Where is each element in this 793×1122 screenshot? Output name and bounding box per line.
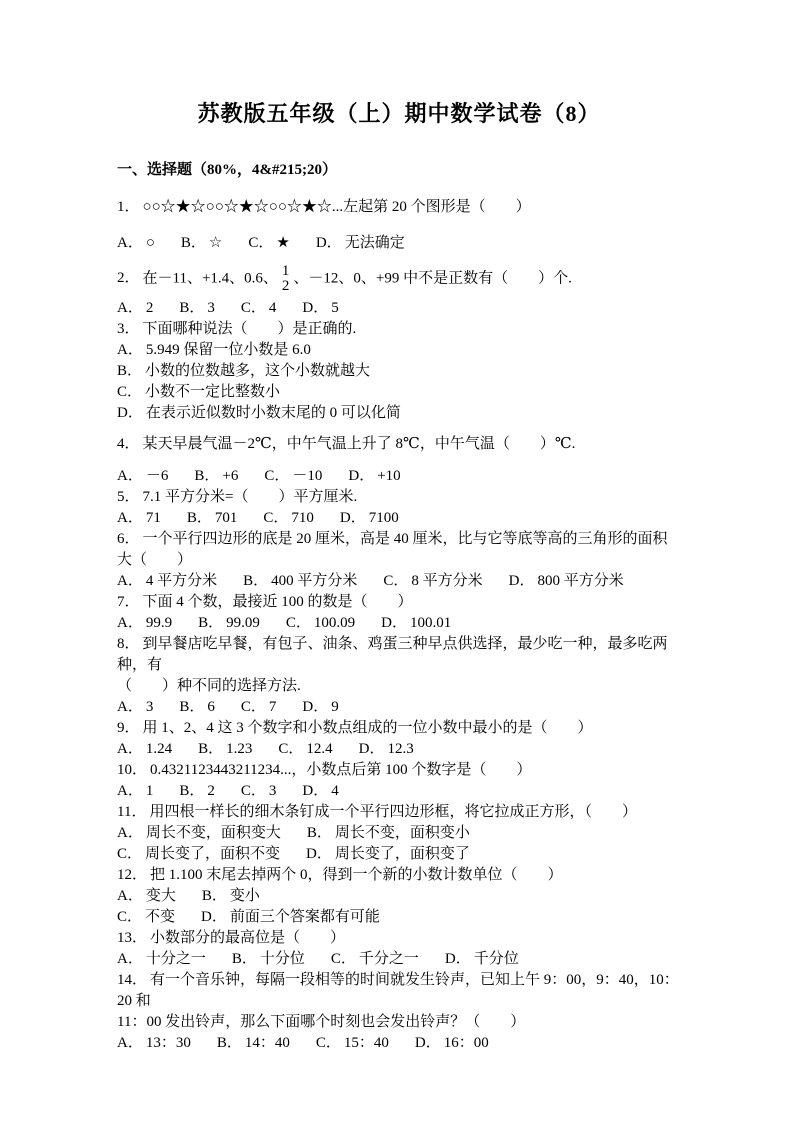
question-11-stem-line-1: 11．用四根一样长的细木条钉成一个平行四边形框，将它拉成正方形，（ ） xyxy=(117,802,681,823)
question-3-options-row-1: A．5.949 保留一位小数是 6.0 xyxy=(117,340,681,361)
question-9-stem-line-1: 9．用 1、2、4 这 3 个数字和小数点组成的一位小数中最小的是（ ） xyxy=(117,718,681,739)
question-9: 9．用 1、2、4 这 3 个数字和小数点组成的一位小数中最小的是（ ）A．1.… xyxy=(117,718,681,760)
section-header: 一、选择题（80%，4&#215;20） xyxy=(117,160,681,181)
option-label: B． xyxy=(179,783,204,799)
question-5-option-B: B．701 xyxy=(187,508,238,529)
question-11-option-A: A．周长不变，面积变大 xyxy=(117,823,281,844)
option-label: D． xyxy=(509,573,535,589)
question-13-options-row-1: A．十分之一B．十分位C．千分之一D．千分位 xyxy=(117,949,681,970)
question-number: 11． xyxy=(117,804,146,820)
question-11-option-D: D．周长变了，面积变了 xyxy=(306,844,470,865)
question-8-stem-line-1: 8．到早餐店吃早餐，有包子、油条、鸡蛋三种早点供选择，最少吃一种，最多吃两种，有 xyxy=(117,634,681,676)
question-6-option-D: D．800 平方分米 xyxy=(509,571,624,592)
question-number: 6． xyxy=(117,531,140,547)
option-label: D． xyxy=(415,1035,441,1051)
question-8: 8．到早餐店吃早餐，有包子、油条、鸡蛋三种早点供选择，最少吃一种，最多吃两种，有… xyxy=(117,634,681,718)
option-text: 不变 xyxy=(145,909,175,925)
option-text: +10 xyxy=(377,468,400,484)
option-text: +6 xyxy=(222,468,238,484)
question-9-option-D: D．12.3 xyxy=(359,739,414,760)
question-14-option-C: C．15：40 xyxy=(316,1033,389,1054)
option-text: 千分之一 xyxy=(359,951,419,967)
option-text: 9 xyxy=(331,699,339,715)
option-text: 2 xyxy=(146,300,154,316)
option-label: C． xyxy=(278,741,303,757)
option-label: B． xyxy=(181,235,206,251)
option-label: C． xyxy=(241,300,266,316)
question-7-option-D: D．100.01 xyxy=(381,613,451,634)
option-text: 前面三个答案都有可能 xyxy=(230,909,380,925)
question-2-option-A: A．2 xyxy=(117,298,153,319)
question-12-option-B: B．变小 xyxy=(202,886,260,907)
option-label: A． xyxy=(117,1035,143,1051)
question-8-stem-line-2: （ ）种不同的选择方法. xyxy=(117,676,681,697)
option-label: A． xyxy=(117,699,143,715)
question-5-option-A: A．71 xyxy=(117,508,161,529)
question-12-options-row-1: A．变大B．变小 xyxy=(117,886,681,907)
option-label: A． xyxy=(117,825,143,841)
option-text: 6 xyxy=(207,699,215,715)
question-14-option-B: B．14：40 xyxy=(217,1033,290,1054)
option-label: C． xyxy=(241,783,266,799)
question-11: 11．用四根一样长的细木条钉成一个平行四边形框，将它拉成正方形，（ ）A．周长不… xyxy=(117,802,681,865)
option-label: B． xyxy=(202,888,227,904)
option-text: 变小 xyxy=(230,888,260,904)
question-1-stem-line-1: 1．○○☆★☆○○☆★☆○○☆★☆...左起第 20 个图形是（ ） xyxy=(117,197,681,218)
question-1-option-C: C．★ xyxy=(248,233,289,254)
question-10-option-A: A．1 xyxy=(117,781,153,802)
option-text: 99.09 xyxy=(226,615,260,631)
question-1-option-B: B．☆ xyxy=(181,233,222,254)
option-text: 701 xyxy=(215,510,238,526)
option-label: B． xyxy=(117,363,142,379)
option-label: C． xyxy=(117,384,142,400)
option-label: B． xyxy=(243,573,268,589)
option-text: 1.23 xyxy=(226,741,252,757)
option-label: A． xyxy=(117,951,143,967)
option-label: D． xyxy=(381,615,407,631)
question-3-options-row-4: D．在表示近似数时小数末尾的 0 可以化简 xyxy=(117,403,681,424)
option-label: D． xyxy=(348,468,374,484)
question-14-stem-line-1: 14．有一个音乐钟，每隔一段相等的时间就发生铃声，已知上午 9：00，9：40，… xyxy=(117,970,681,1012)
question-14-stem-line-2: 11：00 发出铃声，那么下面哪个时刻也会发出铃声？（ ） xyxy=(117,1012,681,1033)
question-5-option-C: C．710 xyxy=(263,508,314,529)
question-number: 3． xyxy=(117,321,140,337)
option-label: B． xyxy=(194,468,219,484)
question-8-option-A: A．3 xyxy=(117,697,153,718)
option-text: 15：40 xyxy=(344,1035,389,1051)
question-4: 4．某天早晨气温－2℃，中午气温上升了 8℃，中午气温（ ）℃.A．－6B．+6… xyxy=(117,434,681,487)
question-13: 13．小数部分的最高位是（ ）A．十分之一B．十分位C．千分之一D．千分位 xyxy=(117,928,681,970)
option-label: C． xyxy=(383,573,408,589)
option-text: 2 xyxy=(207,783,215,799)
question-9-option-C: C．12.4 xyxy=(278,739,332,760)
question-14-option-D: D．16：00 xyxy=(415,1033,489,1054)
option-label: D． xyxy=(201,909,227,925)
question-4-options-row-1: A．－6B．+6C．－10D．+10 xyxy=(117,466,681,487)
question-5-option-D: D．7100 xyxy=(340,508,399,529)
question-3-stem-line-1: 3．下面哪种说法（ ）是正确的. xyxy=(117,319,681,340)
question-13-option-D: D．千分位 xyxy=(445,949,519,970)
option-label: D． xyxy=(302,783,328,799)
option-text: 16：00 xyxy=(444,1035,489,1051)
option-label: D． xyxy=(117,405,143,421)
question-9-option-A: A．1.24 xyxy=(117,739,172,760)
question-1-options-row-1: A．○B．☆C．★D．无法确定 xyxy=(117,233,681,254)
question-3-options-row-2: B．小数的位数越多，这个小数就越大 xyxy=(117,361,681,382)
fraction-denominator: 2 xyxy=(282,279,290,294)
question-8-option-D: D．9 xyxy=(302,697,338,718)
question-8-option-B: B．6 xyxy=(179,697,215,718)
option-text: －6 xyxy=(146,468,169,484)
question-number: 4． xyxy=(117,436,140,452)
option-text: 71 xyxy=(146,510,161,526)
question-13-option-A: A．十分之一 xyxy=(117,949,206,970)
option-label: B． xyxy=(217,1035,242,1051)
option-label: D． xyxy=(306,846,332,862)
question-12-options-row-2: C．不变D．前面三个答案都有可能 xyxy=(117,907,681,928)
question-10-option-C: C．3 xyxy=(241,781,277,802)
option-label: A． xyxy=(117,888,143,904)
question-7-option-C: C．100.09 xyxy=(286,613,355,634)
option-text: 无法确定 xyxy=(345,235,405,251)
question-4-stem-line-1: 4．某天早晨气温－2℃，中午气温上升了 8℃，中午气温（ ）℃. xyxy=(117,434,681,455)
option-label: B． xyxy=(232,951,257,967)
question-12-stem-line-1: 12．把 1.100 末尾去掉两个 0，得到一个新的小数计数单位（ ） xyxy=(117,865,681,886)
option-text: 100.01 xyxy=(410,615,451,631)
question-10: 10．0.4321123443211234...，小数点后第 100 个数字是（… xyxy=(117,760,681,802)
option-text: 100.09 xyxy=(314,615,355,631)
option-text: 8 平方分米 xyxy=(411,573,482,589)
option-text: 14：40 xyxy=(245,1035,290,1051)
question-6-option-A: A．4 平方分米 xyxy=(117,571,217,592)
question-1: 1．○○☆★☆○○☆★☆○○☆★☆...左起第 20 个图形是（ ）A．○B．☆… xyxy=(117,197,681,254)
question-number: 8． xyxy=(117,636,140,652)
question-6-option-C: C．8 平方分米 xyxy=(383,571,482,592)
option-text: 小数的位数越多，这个小数就越大 xyxy=(145,363,370,379)
option-label: C． xyxy=(117,846,142,862)
option-label: C． xyxy=(316,1035,341,1051)
option-text: 在表示近似数时小数末尾的 0 可以化简 xyxy=(146,405,401,421)
option-label: B． xyxy=(179,300,204,316)
option-text: 5.949 保留一位小数是 6.0 xyxy=(146,342,311,358)
fraction: 12 xyxy=(278,264,294,294)
question-number: 13． xyxy=(117,930,147,946)
option-label: A． xyxy=(117,573,143,589)
page-title: 苏教版五年级（上）期中数学试卷（8） xyxy=(117,99,681,129)
question-3-option-B: B．小数的位数越多，这个小数就越大 xyxy=(117,361,370,382)
question-13-option-B: B．十分位 xyxy=(232,949,305,970)
question-number: 2． xyxy=(117,270,140,286)
question-5: 5．7.1 平方分米=（ ）平方厘米.A．71B．701C．710D．7100 xyxy=(117,487,681,529)
question-3-option-D: D．在表示近似数时小数末尾的 0 可以化简 xyxy=(117,403,401,424)
question-13-stem-line-1: 13．小数部分的最高位是（ ） xyxy=(117,928,681,949)
question-2: 2．在－11、+1.4、0.6、12、－12、0、+99 中不是正数有（ ）个.… xyxy=(117,264,681,319)
option-label: D． xyxy=(302,300,328,316)
question-number: 1． xyxy=(117,199,140,215)
question-7: 7．下面 4 个数，最接近 100 的数是（ ）A．99.9B．99.09C．1… xyxy=(117,592,681,634)
question-2-option-B: B．3 xyxy=(179,298,215,319)
option-label: C． xyxy=(117,909,142,925)
question-9-option-B: B．1.23 xyxy=(198,739,252,760)
question-2-option-C: C．4 xyxy=(241,298,277,319)
option-text: 4 xyxy=(269,300,277,316)
question-2-stem-line-1: 2．在－11、+1.4、0.6、12、－12、0、+99 中不是正数有（ ）个. xyxy=(117,264,681,294)
question-3-option-C: C．小数不一定比整数小 xyxy=(117,382,280,403)
option-label: B． xyxy=(307,825,332,841)
option-label: D． xyxy=(359,741,385,757)
question-12-option-A: A．变大 xyxy=(117,886,176,907)
question-number: 7． xyxy=(117,594,140,610)
question-number: 14． xyxy=(117,972,147,988)
fraction-numerator: 1 xyxy=(282,264,290,279)
question-12-option-D: D．前面三个答案都有可能 xyxy=(201,907,380,928)
question-11-options-row-1: A．周长不变，面积变大B．周长不变，面积变小 xyxy=(117,823,681,844)
option-label: A． xyxy=(117,300,143,316)
option-text: 5 xyxy=(331,300,339,316)
option-text: 7 xyxy=(269,699,277,715)
question-7-stem-line-1: 7．下面 4 个数，最接近 100 的数是（ ） xyxy=(117,592,681,613)
option-label: C． xyxy=(331,951,356,967)
question-11-option-C: C．周长变了，面积不变 xyxy=(117,844,280,865)
question-6-option-B: B．400 平方分米 xyxy=(243,571,357,592)
question-4-option-A: A．－6 xyxy=(117,466,168,487)
option-text: 4 xyxy=(331,783,339,799)
question-number: 10． xyxy=(117,762,147,778)
question-5-options-row-1: A．71B．701C．710D．7100 xyxy=(117,508,681,529)
question-3-options-row-3: C．小数不一定比整数小 xyxy=(117,382,681,403)
option-text: 800 平方分米 xyxy=(538,573,624,589)
question-12-option-C: C．不变 xyxy=(117,907,175,928)
option-text: ★ xyxy=(276,235,289,251)
document-page: 苏教版五年级（上）期中数学试卷（8） 一、选择题（80%，4&#215;20） … xyxy=(0,0,793,1122)
option-text: 710 xyxy=(291,510,314,526)
question-7-options-row-1: A．99.9B．99.09C．100.09D．100.01 xyxy=(117,613,681,634)
option-text: 周长变了，面积不变 xyxy=(145,846,280,862)
questions: 1．○○☆★☆○○☆★☆○○☆★☆...左起第 20 个图形是（ ）A．○B．☆… xyxy=(117,197,681,1054)
question-6: 6．一个平行四边形的底是 20 厘米，高是 40 厘米，比与它等底等高的三角形的… xyxy=(117,529,681,592)
question-3: 3．下面哪种说法（ ）是正确的.A．5.949 保留一位小数是 6.0B．小数的… xyxy=(117,319,681,424)
question-4-option-D: D．+10 xyxy=(348,466,400,487)
option-text: 小数不一定比整数小 xyxy=(145,384,280,400)
option-label: A． xyxy=(117,342,143,358)
question-4-option-C: C．－10 xyxy=(264,466,322,487)
option-label: C． xyxy=(286,615,311,631)
option-label: C． xyxy=(248,235,273,251)
question-14-options-row-1: A．13：30B．14：40C．15：40D．16：00 xyxy=(117,1033,681,1054)
option-label: D． xyxy=(445,951,471,967)
option-text: 十分位 xyxy=(260,951,305,967)
option-text: 400 平方分米 xyxy=(271,573,357,589)
option-text: 99.9 xyxy=(146,615,172,631)
question-5-stem-line-1: 5．7.1 平方分米=（ ）平方厘米. xyxy=(117,487,681,508)
question-3-option-A: A．5.949 保留一位小数是 6.0 xyxy=(117,340,311,361)
question-number: 9． xyxy=(117,720,140,736)
option-text: 3 xyxy=(207,300,215,316)
option-label: A． xyxy=(117,235,143,251)
question-number: 12． xyxy=(117,867,147,883)
question-11-option-B: B．周长不变，面积变小 xyxy=(307,823,470,844)
option-text: 3 xyxy=(146,699,154,715)
question-6-stem-line-1: 6．一个平行四边形的底是 20 厘米，高是 40 厘米，比与它等底等高的三角形的… xyxy=(117,529,681,571)
option-text: 13：30 xyxy=(146,1035,191,1051)
option-text: ○ xyxy=(146,235,155,251)
option-text: 3 xyxy=(269,783,277,799)
option-text: 12.3 xyxy=(387,741,413,757)
question-11-options-row-2: C．周长变了，面积不变D．周长变了，面积变了 xyxy=(117,844,681,865)
option-text: 4 平方分米 xyxy=(146,573,217,589)
question-9-options-row-1: A．1.24B．1.23C．12.4D．12.3 xyxy=(117,739,681,760)
question-number: 5． xyxy=(117,489,140,505)
option-label: A． xyxy=(117,783,143,799)
option-label: C． xyxy=(241,699,266,715)
question-2-option-D: D．5 xyxy=(302,298,338,319)
question-6-options-row-1: A．4 平方分米B．400 平方分米C．8 平方分米D．800 平方分米 xyxy=(117,571,681,592)
option-label: A． xyxy=(117,468,143,484)
option-label: A． xyxy=(117,510,143,526)
question-2-options-row-1: A．2B．3C．4D．5 xyxy=(117,298,681,319)
question-7-option-B: B．99.09 xyxy=(198,613,260,634)
question-10-options-row-1: A．1B．2C．3D．4 xyxy=(117,781,681,802)
question-14-option-A: A．13：30 xyxy=(117,1033,191,1054)
option-text: ☆ xyxy=(209,235,222,251)
option-text: －10 xyxy=(292,468,322,484)
option-label: C． xyxy=(264,468,289,484)
option-label: B． xyxy=(179,699,204,715)
option-text: 1 xyxy=(146,783,154,799)
question-10-option-D: D．4 xyxy=(302,781,338,802)
option-label: A． xyxy=(117,615,143,631)
question-8-option-C: C．7 xyxy=(241,697,277,718)
option-text: 变大 xyxy=(146,888,176,904)
option-text: 十分之一 xyxy=(146,951,206,967)
question-13-option-C: C．千分之一 xyxy=(331,949,419,970)
option-text: 周长不变，面积变大 xyxy=(146,825,281,841)
question-7-option-A: A．99.9 xyxy=(117,613,172,634)
option-text: 12.4 xyxy=(306,741,332,757)
option-text: 周长变了，面积变了 xyxy=(335,846,470,862)
question-8-options-row-1: A．3B．6C．7D．9 xyxy=(117,697,681,718)
option-label: C． xyxy=(263,510,288,526)
option-text: 7100 xyxy=(369,510,399,526)
option-text: 千分位 xyxy=(474,951,519,967)
option-label: B． xyxy=(198,741,223,757)
option-label: D． xyxy=(302,699,328,715)
option-text: 1.24 xyxy=(146,741,172,757)
question-10-stem-line-1: 10．0.4321123443211234...，小数点后第 100 个数字是（… xyxy=(117,760,681,781)
option-label: A． xyxy=(117,741,143,757)
option-label: D． xyxy=(316,235,342,251)
question-12: 12．把 1.100 末尾去掉两个 0，得到一个新的小数计数单位（ ）A．变大B… xyxy=(117,865,681,928)
option-label: D． xyxy=(340,510,366,526)
question-10-option-B: B．2 xyxy=(179,781,215,802)
question-1-option-A: A．○ xyxy=(117,233,155,254)
option-label: B． xyxy=(187,510,212,526)
option-label: B． xyxy=(198,615,223,631)
option-text: 周长不变，面积变小 xyxy=(335,825,470,841)
question-4-option-B: B．+6 xyxy=(194,466,238,487)
question-14: 14．有一个音乐钟，每隔一段相等的时间就发生铃声，已知上午 9：00，9：40，… xyxy=(117,970,681,1054)
question-1-option-D: D．无法确定 xyxy=(316,233,405,254)
